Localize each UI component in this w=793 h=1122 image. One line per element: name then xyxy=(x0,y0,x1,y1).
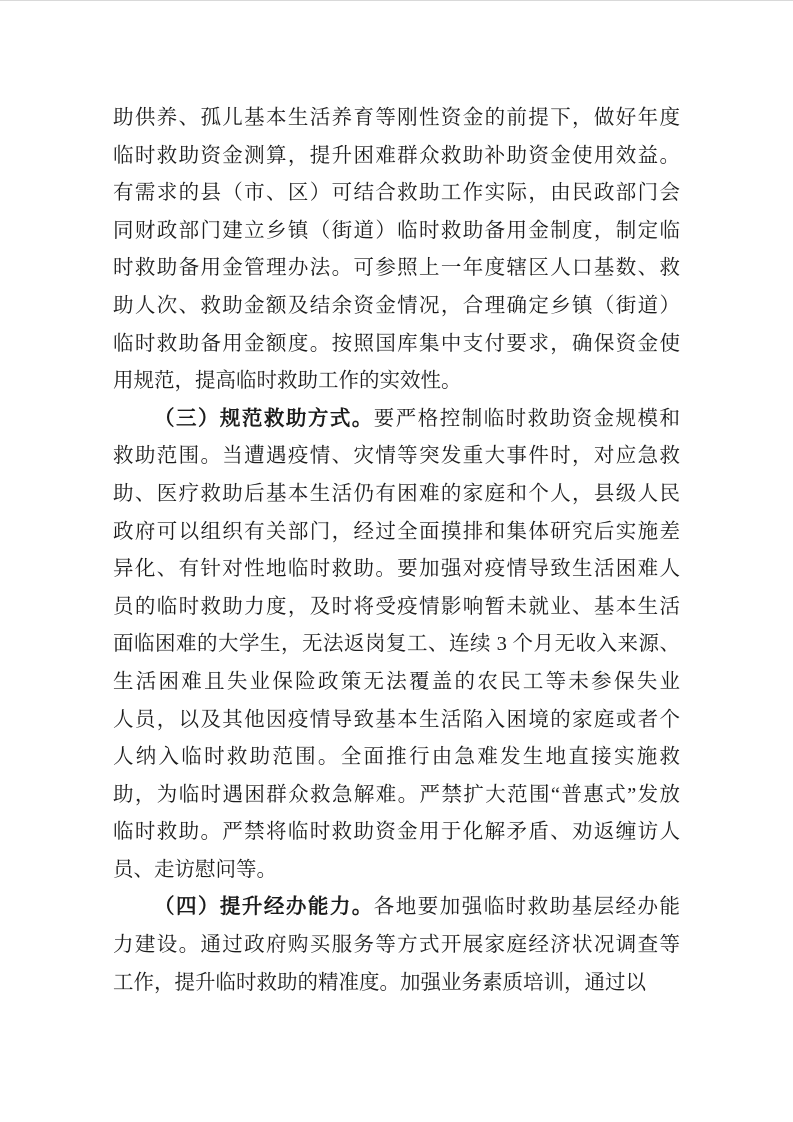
body-text: 政府可以组织有关部门，经过全面摸排和集体研究后实施差 xyxy=(113,521,680,543)
text-line: 用规范，提高临时救助工作的实效性。 xyxy=(113,363,680,401)
document-body: 助供养、孤儿基本生活养育等刚性资金的前提下，做好年度临时救助资金测算，提升困难群… xyxy=(113,100,680,1002)
body-text: 生活困难且失业保险政策无法覆盖的农民工等未参保失业 xyxy=(113,671,680,693)
body-text: 人员，以及其他因疫情导致基本生活陷入困境的家庭或者个 xyxy=(113,709,680,731)
body-text: 助、医疗救助后基本生活仍有困难的家庭和个人，县级人民 xyxy=(113,483,680,505)
text-line: 人员，以及其他因疫情导致基本生活陷入困境的家庭或者个 xyxy=(113,702,680,740)
text-line: 救助范围。当遭遇疫情、灾情等突发重大事件时，对应急救 xyxy=(113,438,680,476)
text-line: 助、医疗救助后基本生活仍有困难的家庭和个人，县级人民 xyxy=(113,476,680,514)
text-line: 力建设。通过政府购买服务等方式开展家庭经济状况调查等 xyxy=(113,927,680,965)
body-text: 人纳入临时救助范围。全面推行由急难发生地直接实施救 xyxy=(113,746,680,768)
text-line: 临时救助备用金额度。按照国库集中支付要求，确保资金使 xyxy=(113,326,680,364)
text-line: 临时救助。严禁将临时救助资金用于化解矛盾、劝返缠访人 xyxy=(113,814,680,852)
body-text: 临时救助资金测算，提升困难群众救助补助资金使用效益。 xyxy=(113,145,680,167)
body-text: 员、走访慰问等。 xyxy=(113,859,277,881)
text-line: 员、走访慰问等。 xyxy=(113,852,680,890)
document-page: 助供养、孤儿基本生活养育等刚性资金的前提下，做好年度临时救助资金测算，提升困难群… xyxy=(0,0,793,1122)
text-line: 临时救助资金测算，提升困难群众救助补助资金使用效益。 xyxy=(113,138,680,176)
section-heading: （四）提升经办能力。 xyxy=(154,896,374,918)
text-line: 人纳入临时救助范围。全面推行由急难发生地直接实施救 xyxy=(113,739,680,777)
body-text: 员的临时救助力度，及时将受疫情影响暂未就业、基本生活 xyxy=(113,596,680,618)
text-line: 助供养、孤儿基本生活养育等刚性资金的前提下，做好年度 xyxy=(113,100,680,138)
body-text: 异化、有针对性地临时救助。要加强对疫情导致生活困难人 xyxy=(113,558,680,580)
body-text: 同财政部门建立乡镇（街道）临时救助备用金制度，制定临 xyxy=(113,220,680,242)
body-text: 各地要加强临时救助基层经办能 xyxy=(374,896,680,918)
body-text: 要严格控制临时救助资金规模和 xyxy=(374,408,680,430)
body-text: 救助范围。当遭遇疫情、灾情等突发重大事件时，对应急救 xyxy=(113,445,680,467)
text-line: （三）规范救助方式。要严格控制临时救助资金规模和 xyxy=(113,401,680,439)
text-line: 员的临时救助力度，及时将受疫情影响暂未就业、基本生活 xyxy=(113,589,680,627)
body-text: 临时救助。严禁将临时救助资金用于化解矛盾、劝返缠访人 xyxy=(113,821,680,843)
text-line: 面临困难的大学生，无法返岗复工、连续 3 个月无收入来源、 xyxy=(113,626,680,664)
text-line: 工作，提升临时救助的精准度。加强业务素质培训，通过以 xyxy=(113,965,680,1003)
body-text: 用规范，提高临时救助工作的实效性。 xyxy=(113,370,462,392)
text-line: 异化、有针对性地临时救助。要加强对疫情导致生活困难人 xyxy=(113,551,680,589)
body-text: 面临困难的大学生，无法返岗复工、连续 3 个月无收入来源、 xyxy=(113,633,680,655)
text-line: 助人次、救助金额及结余资金情况，合理确定乡镇（街道） xyxy=(113,288,680,326)
body-text: 时救助备用金管理办法。可参照上一年度辖区人口基数、救 xyxy=(113,257,680,279)
body-text: 有需求的县（市、区）可结合救助工作实际，由民政部门会 xyxy=(113,182,680,204)
section-heading: （三）规范救助方式。 xyxy=(154,408,374,430)
text-line: 生活困难且失业保险政策无法覆盖的农民工等未参保失业 xyxy=(113,664,680,702)
text-line: 时救助备用金管理办法。可参照上一年度辖区人口基数、救 xyxy=(113,250,680,288)
body-text: 助，为临时遇困群众救急解难。严禁扩大范围“普惠式”发放 xyxy=(113,784,680,806)
body-text: 助供养、孤儿基本生活养育等刚性资金的前提下，做好年度 xyxy=(113,107,680,129)
body-text: 助人次、救助金额及结余资金情况，合理确定乡镇（街道） xyxy=(113,295,680,317)
text-line: （四）提升经办能力。各地要加强临时救助基层经办能 xyxy=(113,889,680,927)
body-text: 力建设。通过政府购买服务等方式开展家庭经济状况调查等 xyxy=(113,934,680,956)
text-line: 有需求的县（市、区）可结合救助工作实际，由民政部门会 xyxy=(113,175,680,213)
body-text: 临时救助备用金额度。按照国库集中支付要求，确保资金使 xyxy=(113,333,680,355)
body-text: 工作，提升临时救助的精准度。加强业务素质培训，通过以 xyxy=(113,972,646,994)
text-line: 同财政部门建立乡镇（街道）临时救助备用金制度，制定临 xyxy=(113,213,680,251)
text-line: 政府可以组织有关部门，经过全面摸排和集体研究后实施差 xyxy=(113,514,680,552)
text-line: 助，为临时遇困群众救急解难。严禁扩大范围“普惠式”发放 xyxy=(113,777,680,815)
